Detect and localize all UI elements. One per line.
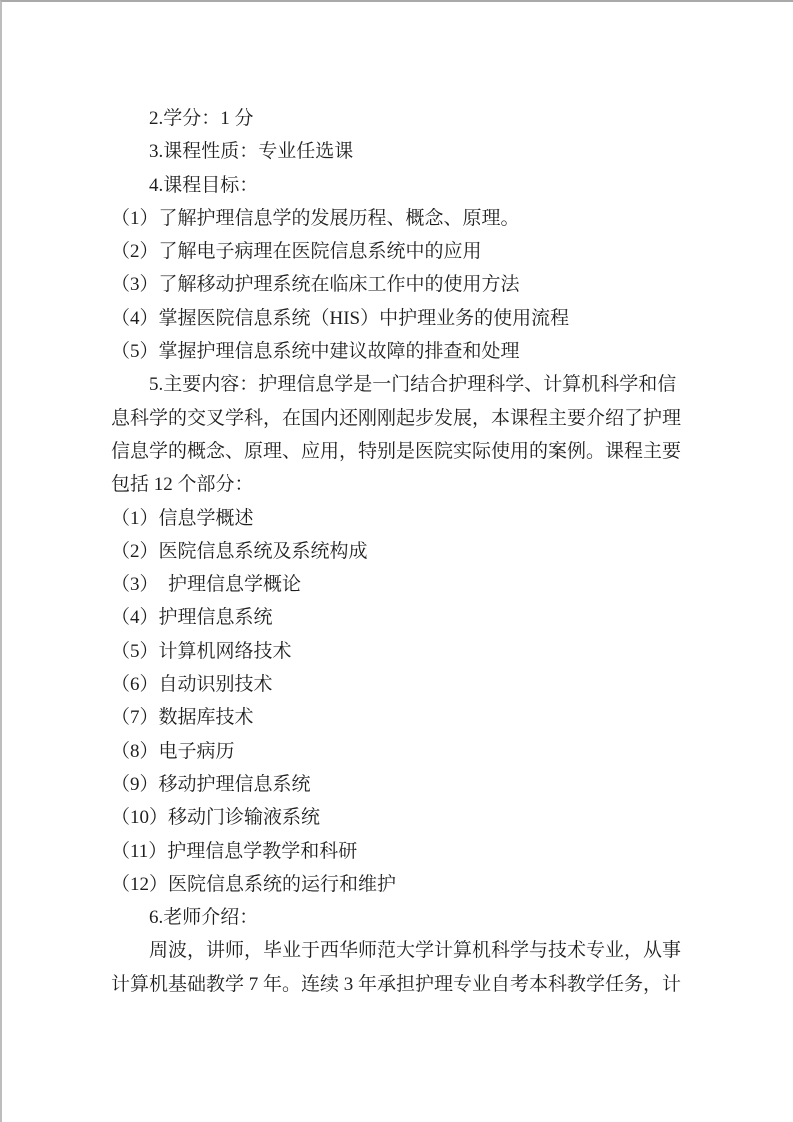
text-line: 3.课程性质：专业任选课 [111, 135, 685, 168]
text-line: 周波，讲师，毕业于西华师范大学计算机科学与技术专业，从事 [111, 934, 685, 967]
text-line: （10）移动门诊输液系统 [111, 801, 685, 834]
text-line: （12）医院信息系统的运行和维护 [111, 868, 685, 901]
text-line: 2.学分：1 分 [111, 102, 685, 135]
text-line: （3） 护理信息学概论 [111, 568, 685, 601]
document-body: 2.学分：1 分3.课程性质：专业任选课4.课程目标：（1）了解护理信息学的发展… [111, 102, 685, 1001]
text-line: （5）计算机网络技术 [111, 635, 685, 668]
text-line: （3）了解移动护理系统在临床工作中的使用方法 [111, 268, 685, 301]
text-line: （1）了解护理信息学的发展历程、概念、原理。 [111, 202, 685, 235]
text-line: （9）移动护理信息系统 [111, 768, 685, 801]
text-line: （11）护理信息学教学和科研 [111, 835, 685, 868]
text-line: 4.课程目标： [111, 169, 685, 202]
text-line: （6）自动识别技术 [111, 668, 685, 701]
text-line: （4）掌握医院信息系统（HIS）中护理业务的使用流程 [111, 302, 685, 335]
text-line: （5）掌握护理信息系统中建议故障的排查和处理 [111, 335, 685, 368]
text-line: 5.主要内容：护理信息学是一门结合护理科学、计算机科学和信 [111, 368, 685, 401]
text-line: （4）护理信息系统 [111, 601, 685, 634]
text-line: 信息学的概念、原理、应用，特别是医院实际使用的案例。课程主要 [111, 435, 685, 468]
text-line: 6.老师介绍： [111, 901, 685, 934]
text-line: （1）信息学概述 [111, 502, 685, 535]
text-line: 包括 12 个部分： [111, 468, 685, 501]
text-line: （8）电子病历 [111, 735, 685, 768]
text-line: 计算机基础教学 7 年。连续 3 年承担护理专业自考本科教学任务，计 [111, 968, 685, 1001]
text-line: （2）了解电子病理在医院信息系统中的应用 [111, 235, 685, 268]
text-line: （2）医院信息系统及系统构成 [111, 535, 685, 568]
document-page: 2.学分：1 分3.课程性质：专业任选课4.课程目标：（1）了解护理信息学的发展… [0, 0, 793, 1122]
text-line: 息科学的交叉学科，在国内还刚刚起步发展，本课程主要介绍了护理 [111, 402, 685, 435]
text-line: （7）数据库技术 [111, 701, 685, 734]
